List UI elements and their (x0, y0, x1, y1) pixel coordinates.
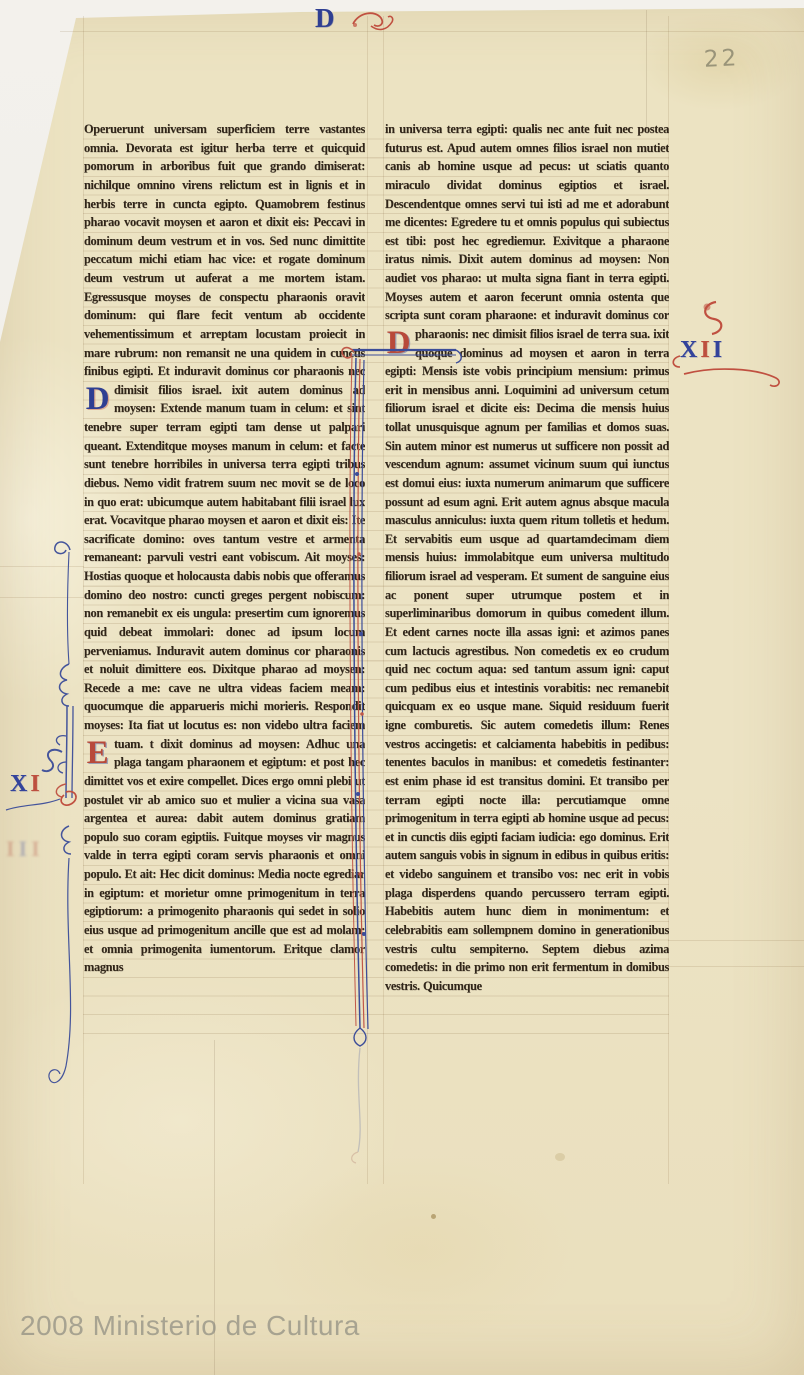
running-header-letter: D (315, 3, 335, 34)
chapter-letter: I (27, 836, 40, 861)
manuscript-scan-page: D 22 Operuerunt universam superficiem te… (0, 0, 804, 1375)
ruling-horizontal-line (60, 31, 804, 32)
chapter-letter: I (700, 337, 712, 363)
chapter-letter: I (30, 771, 42, 797)
paraph-flourish-icon (347, 8, 399, 36)
scripture-text-segment: in universa terra egipti: qualis nec ant… (385, 122, 669, 341)
scripture-text-segment: t dixit dominus ad moysen: Adhuc una pla… (84, 737, 365, 975)
scripture-text-segment: Operuerunt universam superficiem terre v… (84, 122, 365, 397)
chapter-letter: I (2, 836, 15, 861)
scripture-text-segment: ixit autem dominus ad moysen: Extende ma… (84, 383, 365, 751)
chapter-number-xii: XII (672, 294, 792, 390)
chapter-letter: X (680, 337, 700, 363)
folio-number: 22 (703, 45, 740, 73)
parchment-stain (431, 1214, 436, 1219)
gutter-penwork-flourish-icon (342, 334, 466, 1164)
showthrough-chapter-number: III (2, 836, 40, 862)
parchment-stain (555, 1153, 565, 1161)
ruling-horizontal-line (668, 940, 804, 941)
watermark-text: 2008 Ministerio de Cultura (20, 1310, 360, 1342)
chapter-xii-letters: XII (680, 338, 725, 362)
drop-cap-initial: D (84, 382, 111, 418)
chapter-letter: I (713, 337, 725, 363)
ruling-horizontal-line (668, 966, 804, 967)
chapter-letter: I (15, 836, 28, 861)
text-column-left: Operuerunt universam superficiem terre v… (84, 120, 365, 1036)
chapter-number-xi: XI (2, 744, 98, 828)
chapter-letter: X (10, 771, 30, 797)
chapter-xi-letters: XI (10, 772, 43, 796)
parchment-crease (646, 10, 647, 130)
